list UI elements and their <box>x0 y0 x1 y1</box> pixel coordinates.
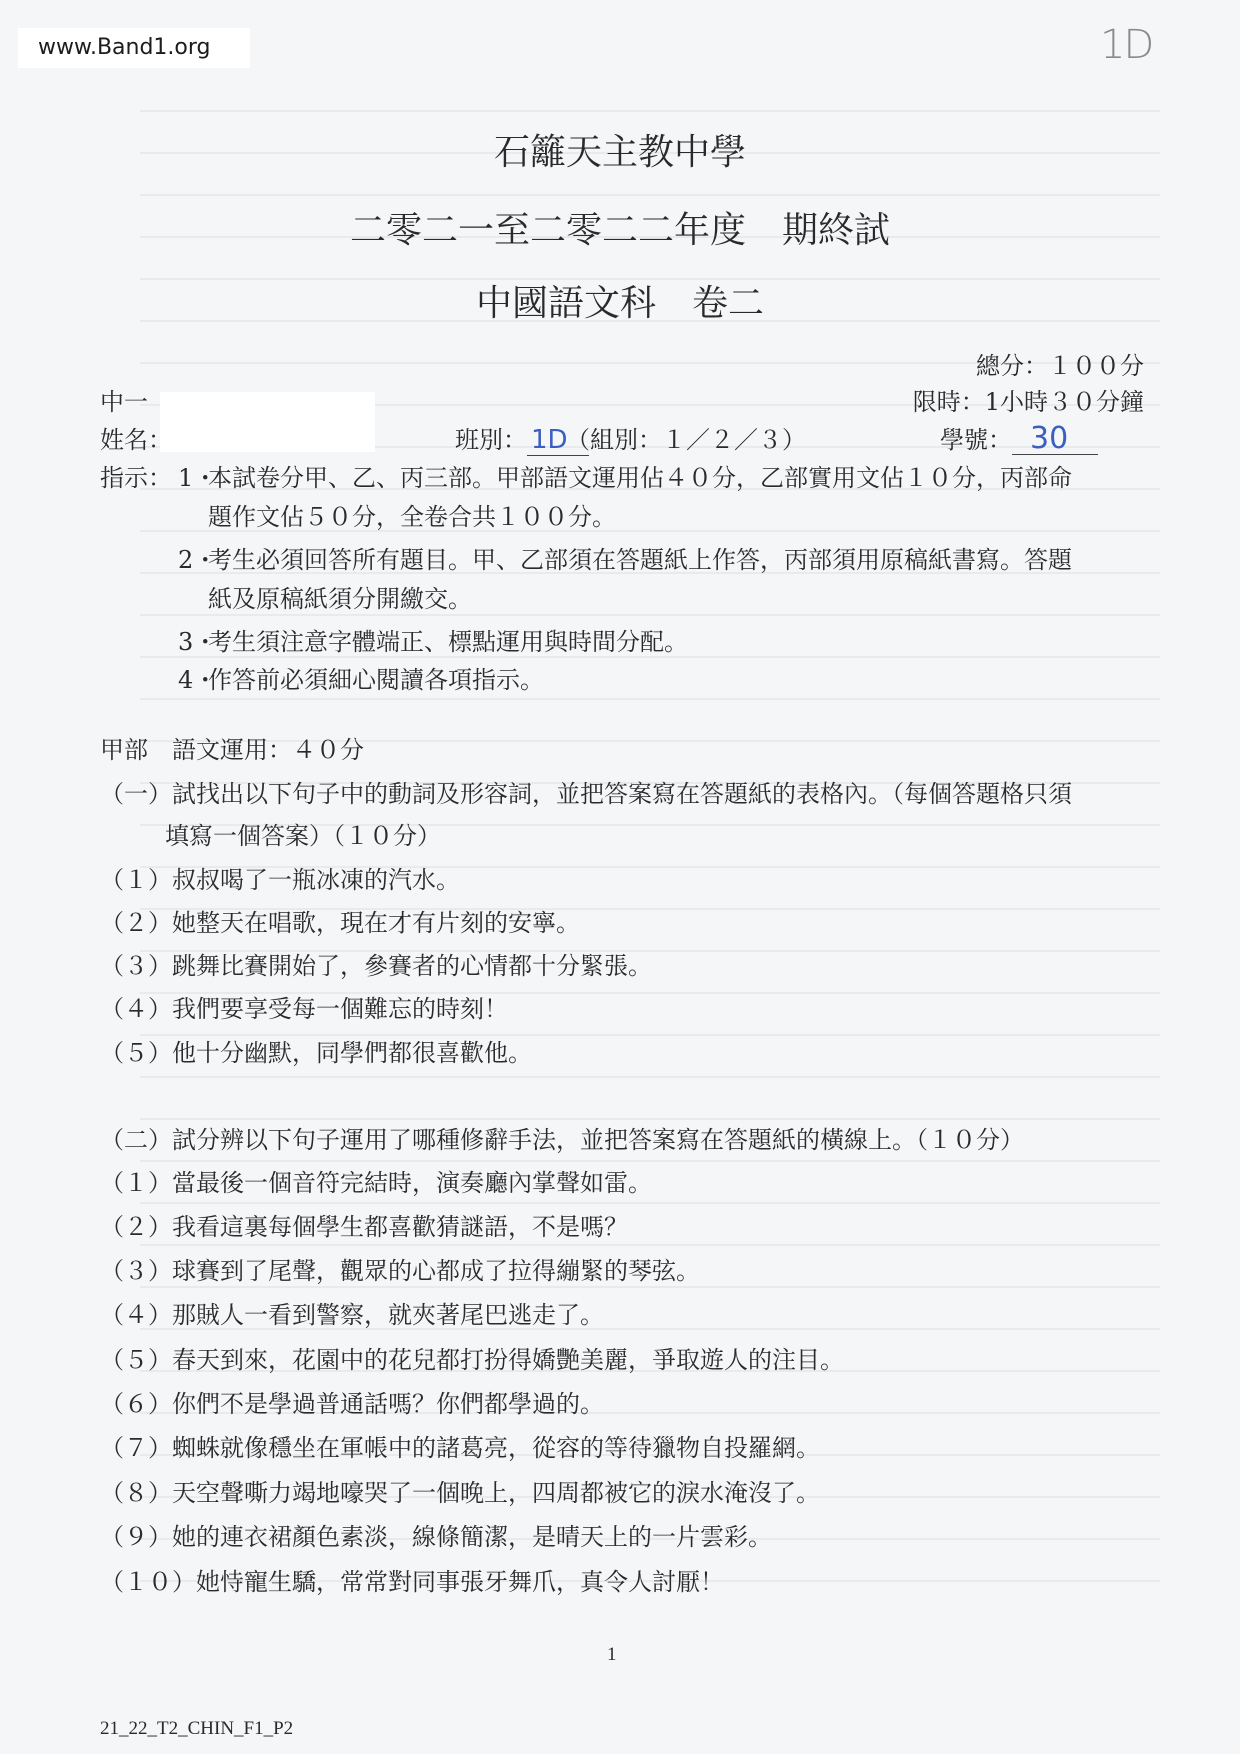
instructions-label: 指示： <box>100 458 172 493</box>
class-label: 班別： <box>455 426 527 454</box>
part2-question-2: （２）我看這裏每個學生都喜歡猜謎語，不是嗎？ <box>100 1207 628 1242</box>
exam-page: www.Band1.org 1D 石籬天主教中學 二零二一至二零二二年度 期終試… <box>0 0 1240 1754</box>
watermark-label: www.Band1.org <box>18 28 250 68</box>
part2-question-3: （３）球賽到了尾聲，觀眾的心都成了拉得繃緊的琴弦。 <box>100 1251 700 1286</box>
time-limit: 限時：1小時３０分鐘 <box>913 382 1144 417</box>
exam-title: 二零二一至二零二二年度 期終試 <box>0 202 1240 253</box>
student-number-label: 學號： <box>940 426 1012 454</box>
student-number-value: 30 <box>1012 424 1098 455</box>
part2-question-9: （９）她的連衣裙顏色素淡，線條簡潔，是晴天上的一片雲彩。 <box>100 1517 772 1552</box>
section-a-title: 甲部 語文運用：４０分 <box>100 730 364 765</box>
part1-question-4: （４）我們要享受每一個難忘的時刻！ <box>100 989 508 1024</box>
school-name: 石籬天主教中學 <box>0 124 1240 175</box>
subject-paper-title: 中國語文科 卷二 <box>0 275 1240 326</box>
part2-heading: （二）試分辨以下句子運用了哪種修辭手法，並把答案寫在答題紙的橫線上。（１０分） <box>100 1120 1024 1155</box>
part1-question-1: （１）叔叔喝了一瓶冰凍的汽水。 <box>100 860 460 895</box>
part2-question-6: （６）你們不是學過普通話嗎？你們都學過的。 <box>100 1384 604 1419</box>
form-level: 中一 <box>100 382 148 417</box>
part1-question-5: （５）他十分幽默，同學們都很喜歡他。 <box>100 1033 532 1068</box>
part2-question-10: （１０）她恃寵生驕，常常對同事張牙舞爪，真令人討厭！ <box>100 1562 724 1597</box>
part2-question-4: （４）那賊人一看到警察，就夾著尾巴逃走了。 <box>100 1295 604 1330</box>
part2-question-5: （５）春天到來，花園中的花兒都打扮得嬌艷美麗，爭取遊人的注目。 <box>100 1340 844 1375</box>
part2-question-7: （７）蜘蛛就像穩坐在軍帳中的諸葛亮，從容的等待獵物自投羅網。 <box>100 1428 820 1463</box>
total-marks: 總分：１００分 <box>976 346 1144 381</box>
instruction-3-line1: 考生須注意字體端正、標點運用與時間分配。 <box>208 622 688 657</box>
part2-question-8: （８）天空聲嘶力竭地嚎哭了一個晚上，四周都被它的淚水淹沒了。 <box>100 1473 820 1508</box>
instruction-4-line1: 作答前必須細心閱讀各項指示。 <box>208 660 544 695</box>
student-number-field: 學號：30 <box>940 420 1098 455</box>
part1-heading-line2: 填寫一個答案）（１０分） <box>165 816 441 851</box>
name-redaction <box>160 392 375 452</box>
part1-question-3: （３）跳舞比賽開始了，參賽者的心情都十分緊張。 <box>100 946 652 981</box>
instruction-1-line2: 題作文佔５０分，全卷合共１００分。 <box>208 497 616 532</box>
part1-heading-line1: （一）試找出以下句子中的動詞及形容詞，並把答案寫在答題紙的表格內。（每個答題格只… <box>100 774 1072 809</box>
handwritten-class-mark: 1D <box>1100 22 1152 68</box>
document-code: 21_22_T2_CHIN_F1_P2 <box>100 1718 293 1740</box>
page-number: 1 <box>607 1644 617 1666</box>
instruction-1-line1: 本試卷分甲、乙、丙三部。甲部語文運用佔４０分，乙部實用文佔１０分，丙部命 <box>208 458 1072 493</box>
group-options: （組別：１／２／３） <box>566 420 806 455</box>
instruction-2-line2: 紙及原稿紙須分開繳交。 <box>208 579 472 614</box>
part2-question-1: （１）當最後一個音符完結時，演奏廳內掌聲如雷。 <box>100 1163 652 1198</box>
part1-question-2: （２）她整天在唱歌，現在才有片刻的安寧。 <box>100 903 580 938</box>
instruction-2-line1: 考生必須回答所有題目。甲、乙部須在答題紙上作答，丙部須用原稿紙書寫。答題 <box>208 540 1072 575</box>
